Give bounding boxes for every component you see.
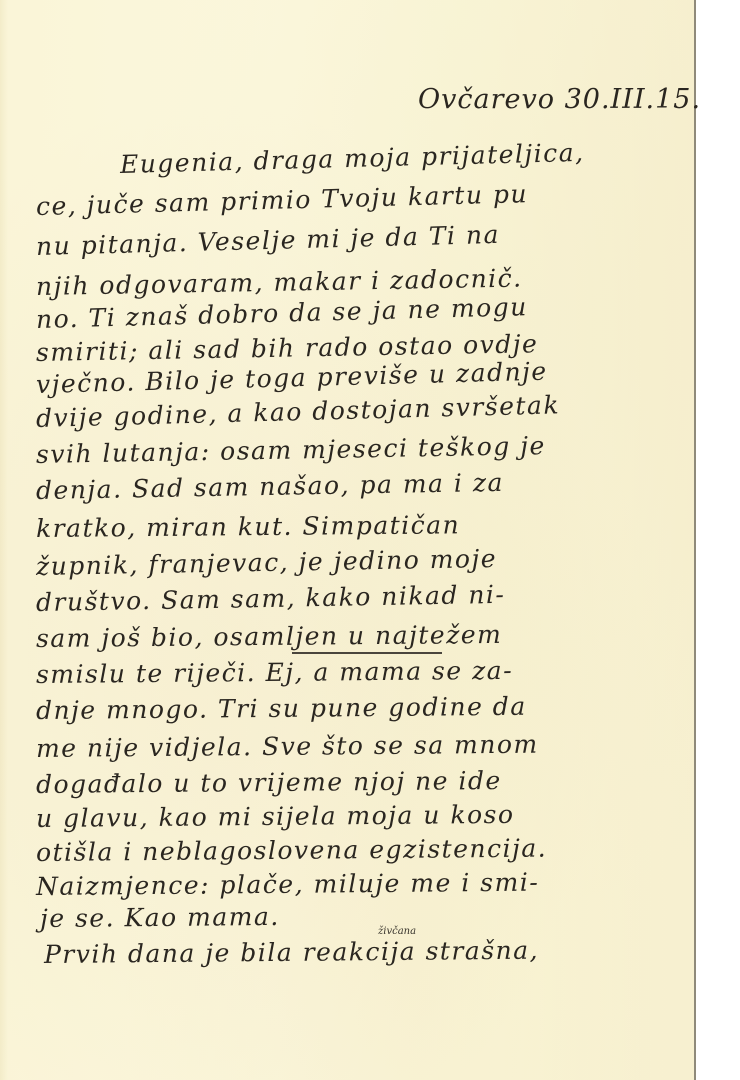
place-date-heading: Ovčarevo 30.III.15. [418,84,701,115]
letter-page: Ovčarevo 30.III.15. Eugenia, draga moja … [0,0,696,1080]
letter-line: nu pitanja. Veselje mi je da Ti na [36,220,501,261]
letter-line: svih lutanja: osam mjeseci teškog je [36,431,546,469]
underline-mark [292,652,442,654]
letter-line: dnje mnogo. Tri su pune godine da [36,692,527,725]
letter-line: događalo u to vrijeme njoj ne ide [36,766,502,799]
letter-line: smislu te riječi. Ej, a mama se za- [36,656,513,689]
letter-line: kratko, miran kut. Simpatičan [36,510,460,543]
interlinear-insertion: živčana [378,926,416,937]
letter-line: denja. Sad sam našao, pa ma i za [36,468,504,505]
letter-line: Eugenia, draga moja prijateljica, [120,138,585,179]
letter-line: sam još bio, osamljen u najtežem [36,620,503,653]
letter-line: otišla i neblagoslovena egzistencija. [36,834,547,867]
letter-line: Prvih dana je bila reakcija strašna, [44,936,539,969]
letter-line: me nije vidjela. Sve što se sa mnom [36,730,539,763]
letter-line: u glavu, kao mi sijela moja u koso [36,800,515,833]
letter-line: je se. Kao mama. [40,902,280,933]
letter-line: Naizmjence: plače, miluje me i smi- [36,868,539,901]
letter-line: ce, juče sam primio Tvoju kartu pu [36,179,529,221]
letter-line: župnik, franjevac, je jedino moje [36,544,497,581]
letter-line: društvo. Sam sam, kako nikad ni- [36,580,506,617]
letter-line-underlined: sam još bio, osamljen u najtežem [36,620,503,653]
